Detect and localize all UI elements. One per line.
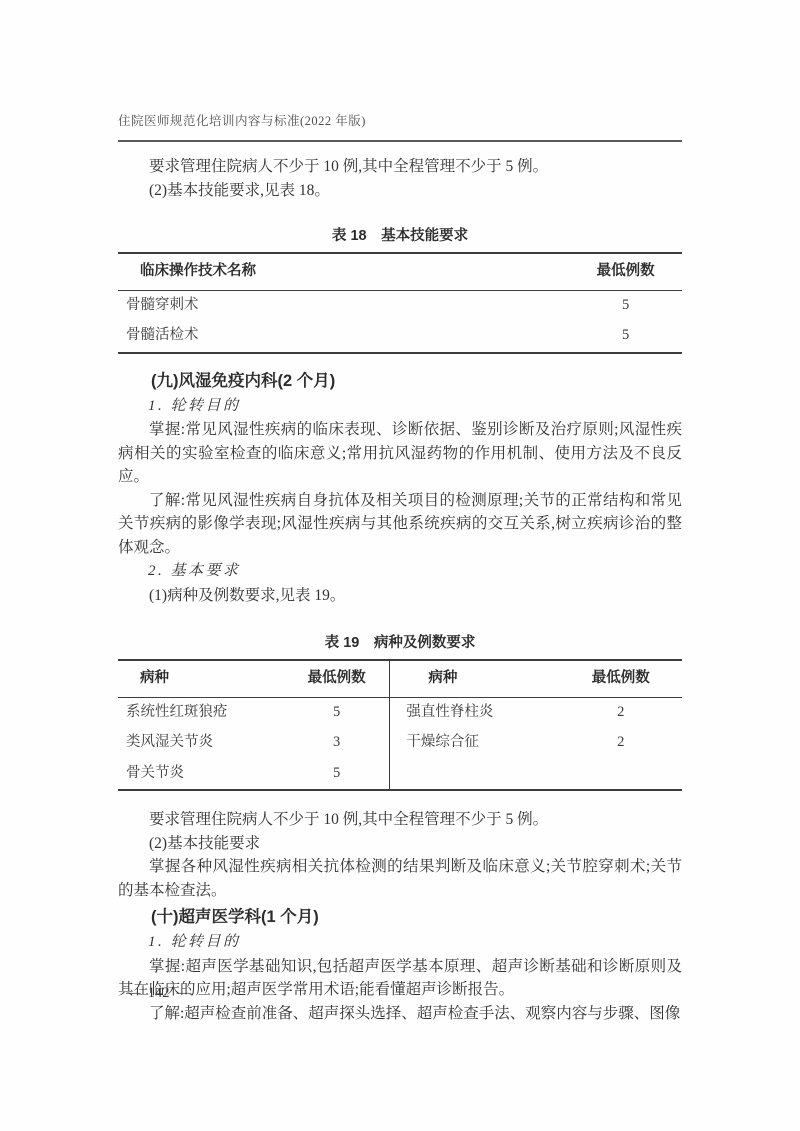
table-19-header-disease-right: 病种 [390, 660, 560, 697]
procedure-min-cases: 5 [569, 290, 682, 321]
disease-name: 类风湿关节炎 [118, 728, 284, 759]
procedure-name: 骨髓穿刺术 [118, 290, 569, 321]
paragraph-manage-requirement: 要求管理住院病人不少于 10 例,其中全程管理不少于 5 例。 [118, 155, 682, 179]
disease-min-cases: 5 [284, 697, 390, 728]
table-19-header-min-cases-right: 最低例数 [560, 660, 682, 697]
table-19-caption: 表 19 病种及例数要求 [118, 633, 682, 653]
section-9-heading: (九)风湿免疫内科(2 个月) [118, 369, 682, 394]
procedure-min-cases: 5 [569, 321, 682, 353]
paragraph-master: 掌握:超声医学基础知识,包括超声医学基本原理、超声诊断基础和诊断原则及其在临床的… [118, 955, 682, 1002]
document-page: 住院医师规范化培训内容与标准(2022 年版) 要求管理住院病人不少于 10 例… [0, 0, 800, 1131]
table-19-header-row: 病种 最低例数 病种 最低例数 [118, 660, 682, 697]
paragraph-manage-requirement: 要求管理住院病人不少于 10 例,其中全程管理不少于 5 例。 [118, 808, 682, 832]
disease-min-cases: 2 [560, 697, 682, 728]
table-row: 类风湿关节炎 3 干燥综合征 2 [118, 728, 682, 759]
disease-name: 干燥综合征 [390, 728, 560, 759]
table-19: 病种 最低例数 病种 最低例数 系统性红斑狼疮 5 强直性脊柱炎 2 类风湿关节… [118, 659, 682, 791]
paragraph-understand: 了解:超声检查前准备、超声探头选择、超声检查手法、观察内容与步骤、图像 [118, 1002, 682, 1026]
paragraph-skill-heading: (2)基本技能要求 [118, 832, 682, 856]
paragraph-case-reference: (1)病种及例数要求,见表 19。 [118, 584, 682, 608]
section-9-sub-rotation-purpose: 1. 轮转目的 [118, 395, 682, 419]
table-18-header-name: 临床操作技术名称 [118, 253, 569, 290]
table-row: 骨髓活检术 5 [118, 321, 682, 353]
section-10-heading: (十)超声医学科(1 个月) [118, 905, 682, 930]
table-18-caption: 表 18 基本技能要求 [118, 226, 682, 246]
section-9-sub-basic-requirements: 2. 基本要求 [118, 560, 682, 584]
disease-name [390, 759, 560, 791]
disease-name: 骨关节炎 [118, 759, 284, 791]
section-10-sub-rotation-purpose: 1. 轮转目的 [118, 931, 682, 955]
table-18: 临床操作技术名称 最低例数 骨髓穿刺术 5 骨髓活检术 5 [118, 252, 682, 354]
table-row: 系统性红斑狼疮 5 强直性脊柱炎 2 [118, 697, 682, 728]
page-number: — 142 — [126, 982, 191, 1006]
table-19-header-disease-left: 病种 [118, 660, 284, 697]
table-row: 骨髓穿刺术 5 [118, 290, 682, 321]
document-title: 住院医师规范化培训内容与标准(2022 年版) [118, 113, 682, 129]
disease-name: 强直性脊柱炎 [390, 697, 560, 728]
table-row: 骨关节炎 5 [118, 759, 682, 791]
disease-min-cases [560, 759, 682, 791]
paragraph-master: 掌握:常见风湿性疾病的临床表现、诊断依据、鉴别诊断及治疗原则;风湿性疾病相关的实… [118, 418, 682, 489]
running-header: 住院医师规范化培训内容与标准(2022 年版) [118, 113, 682, 142]
paragraph-skills: 掌握各种风湿性疾病相关抗体检测的结果判断及临床意义;关节腔穿刺术;关节的基本检查… [118, 855, 682, 902]
disease-min-cases: 3 [284, 728, 390, 759]
disease-min-cases: 2 [560, 728, 682, 759]
paragraph-understand: 了解:常见风湿性疾病自身抗体及相关项目的检测原理;关节的正常结构和常见关节疾病的… [118, 489, 682, 560]
paragraph-skill-reference: (2)基本技能要求,见表 18。 [118, 179, 682, 203]
table-18-header-min-cases: 最低例数 [569, 253, 682, 290]
procedure-name: 骨髓活检术 [118, 321, 569, 353]
disease-min-cases: 5 [284, 759, 390, 791]
table-18-header-row: 临床操作技术名称 最低例数 [118, 253, 682, 290]
disease-name: 系统性红斑狼疮 [118, 697, 284, 728]
table-19-header-min-cases-left: 最低例数 [284, 660, 390, 697]
